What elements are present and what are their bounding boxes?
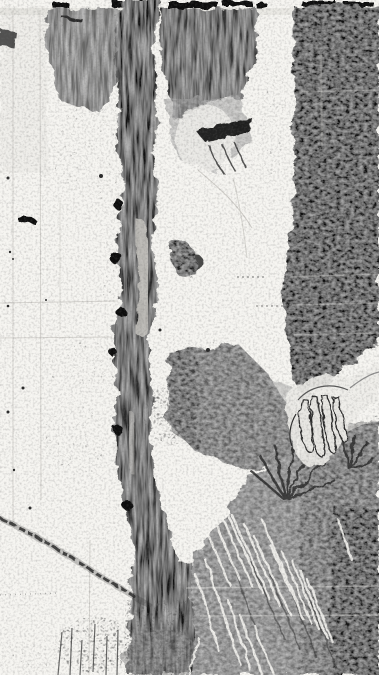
photocopy-canvas: Distressed monochrome photocopy print bbox=[0, 0, 379, 675]
photocopy-figure: Distressed monochrome photocopy print bbox=[0, 0, 379, 675]
grain-overlay bbox=[0, 0, 379, 675]
photocopy-print: Distressed monochrome photocopy print bbox=[0, 0, 379, 675]
